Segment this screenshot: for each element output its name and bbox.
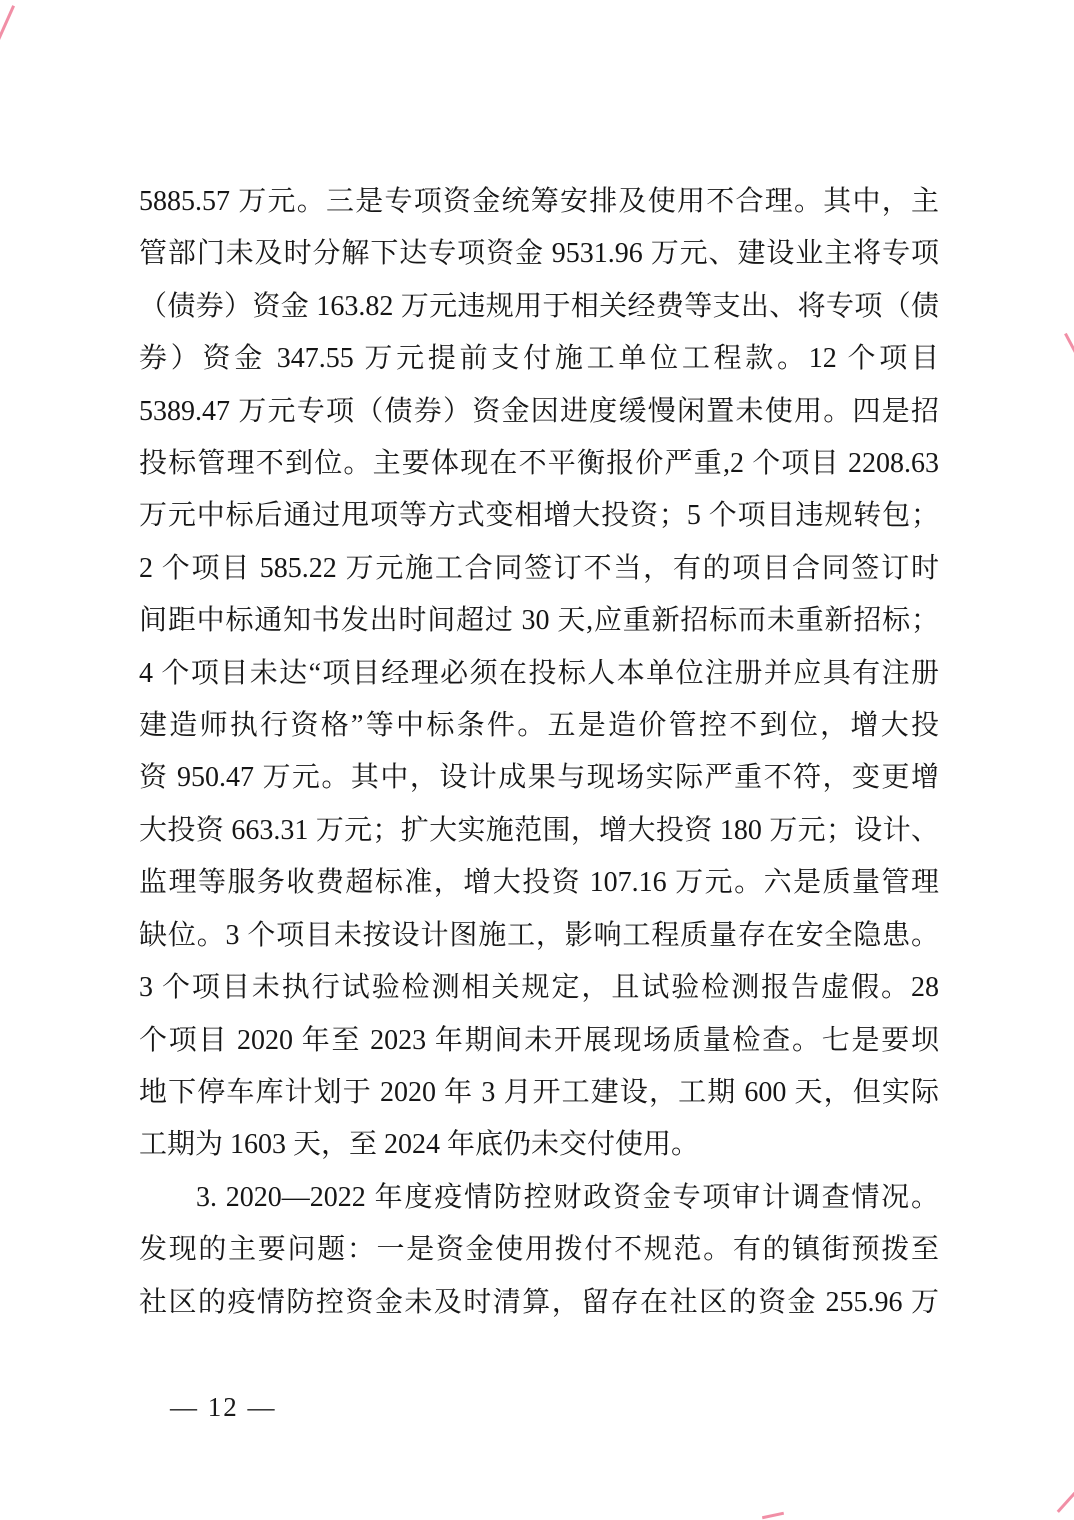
text-line: 资 950.47 万元。其中，设计成果与现场实际严重不符，变更增: [139, 752, 939, 804]
text-line: 管部门未及时分解下达专项资金 9531.96 万元、建设业主将专项: [139, 228, 939, 280]
text-line: 券）资金 347.55 万元提前支付施工单位工程款。12 个项目: [139, 333, 939, 385]
text-line: 建造师执行资格”等中标条件。五是造价管控不到位，增大投: [139, 700, 939, 752]
page-body: 5885.57 万元。三是专项资金统筹安排及使用不合理。其中，主 管部门未及时分…: [139, 176, 939, 1329]
scan-artifact-top-left: [0, 5, 15, 43]
text-line: 投标管理不到位。主要体现在不平衡报价严重,2 个项目 2208.63: [139, 438, 939, 490]
text-line: 社区的疫情防控资金未及时清算，留存在社区的资金 255.96 万: [139, 1277, 939, 1329]
document-page: 5885.57 万元。三是专项资金统筹安排及使用不合理。其中，主 管部门未及时分…: [0, 0, 1074, 1520]
text-line: 工期为 1603 天，至 2024 年底仍未交付使用。: [139, 1119, 939, 1171]
page-number: — 12 —: [170, 1392, 277, 1423]
text-line: 4 个项目未达“项目经理必须在投标人本单位注册并应具有注册: [139, 648, 939, 700]
scan-artifact-bottom-edge: [762, 1512, 784, 1520]
text-line: 5389.47 万元专项（债券）资金因进度缓慢闲置未使用。四是招: [139, 386, 939, 438]
paragraph-item-3: 3. 2020—2022 年度疫情防控财政资金专项审计调查情况。 发现的主要问题…: [139, 1172, 939, 1329]
text-line: 2 个项目 585.22 万元施工合同签订不当，有的项目合同签订时: [139, 543, 939, 595]
text-line: 监理等服务收费超标准，增大投资 107.16 万元。六是质量管理: [139, 857, 939, 909]
text-line: 3. 2020—2022 年度疫情防控财政资金专项审计调查情况。: [139, 1172, 939, 1224]
text-line: 5885.57 万元。三是专项资金统筹安排及使用不合理。其中，主: [139, 176, 939, 228]
scan-artifact-bottom-right: [1057, 1487, 1074, 1513]
text-line: 间距中标通知书发出时间超过 30 天,应重新招标而未重新招标；: [139, 595, 939, 647]
text-line: 万元中标后通过甩项等方式变相增大投资；5 个项目违规转包；: [139, 490, 939, 542]
text-line: 缺位。3 个项目未按设计图施工，影响工程质量存在安全隐患。: [139, 910, 939, 962]
text-line: 发现的主要问题：一是资金使用拨付不规范。有的镇街预拨至: [139, 1224, 939, 1276]
text-line: 地下停车库计划于 2020 年 3 月开工建设，工期 600 天，但实际: [139, 1067, 939, 1119]
text-line: （债券）资金 163.82 万元违规用于相关经费等支出、将专项（债: [139, 281, 939, 333]
paragraph-continued: 5885.57 万元。三是专项资金统筹安排及使用不合理。其中，主 管部门未及时分…: [139, 176, 939, 1172]
text-line: 3 个项目未执行试验检测相关规定，且试验检测报告虚假。28: [139, 962, 939, 1014]
text-line: 个项目 2020 年至 2023 年期间未开展现场质量检查。七是要坝: [139, 1015, 939, 1067]
scan-artifact-right-edge: [1064, 333, 1074, 357]
text-line: 大投资 663.31 万元；扩大实施范围，增大投资 180 万元；设计、: [139, 805, 939, 857]
